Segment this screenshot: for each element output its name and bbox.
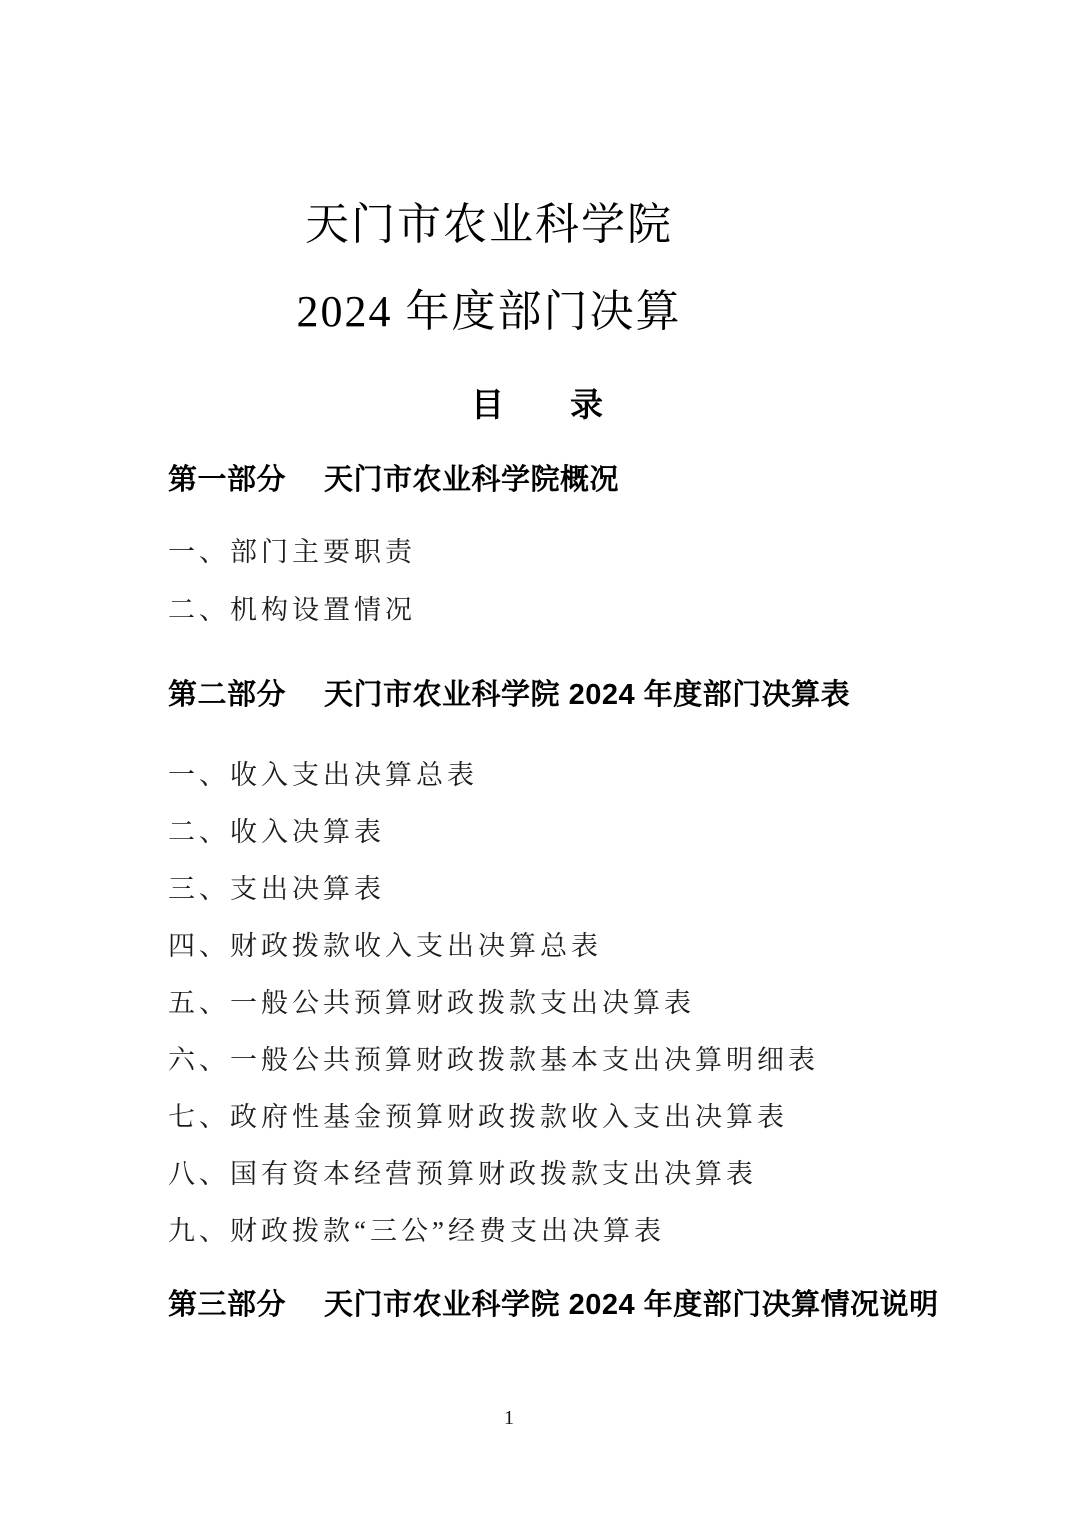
toc-item-part2-9: 九、财政拨款“三公”经费支出决算表: [168, 1218, 974, 1245]
toc-item-part1-1: 一、部门主要职责: [168, 539, 974, 566]
toc-item-part2-6: 六、一般公共预算财政拨款基本支出决算明细表: [168, 1047, 974, 1074]
toc-item-part1-2: 二、机构设置情况: [168, 597, 974, 624]
toc-item-part2-5: 五、一般公共预算财政拨款支出决算表: [168, 990, 974, 1017]
doc-title-line-2: 2024 年度部门决算: [0, 290, 1026, 334]
doc-title-line-1: 天门市农业科学院: [0, 203, 1026, 247]
section-2-heading: 第二部分 天门市农业科学院 2024 年度部门决算表: [168, 681, 974, 710]
toc-item-part2-2: 二、收入决算表: [168, 819, 974, 846]
document-page: 天门市农业科学院 2024 年度部门决算 目 录 第一部分 天门市农业科学院概况…: [0, 0, 1074, 1520]
toc-heading: 目 录: [0, 388, 1074, 421]
page-number: 1: [0, 1408, 1046, 1428]
toc-item-part2-7: 七、政府性基金预算财政拨款收入支出决算表: [168, 1104, 974, 1131]
section-3-heading: 第三部分 天门市农业科学院 2024 年度部门决算情况说明: [168, 1291, 974, 1320]
toc-item-part2-4: 四、财政拨款收入支出决算总表: [168, 933, 974, 960]
toc-item-part2-1: 一、收入支出决算总表: [168, 762, 974, 789]
section-1-heading: 第一部分 天门市农业科学院概况: [168, 466, 974, 495]
toc-item-part2-3: 三、支出决算表: [168, 876, 974, 903]
toc-item-part2-8: 八、国有资本经营预算财政拨款支出决算表: [168, 1161, 974, 1188]
